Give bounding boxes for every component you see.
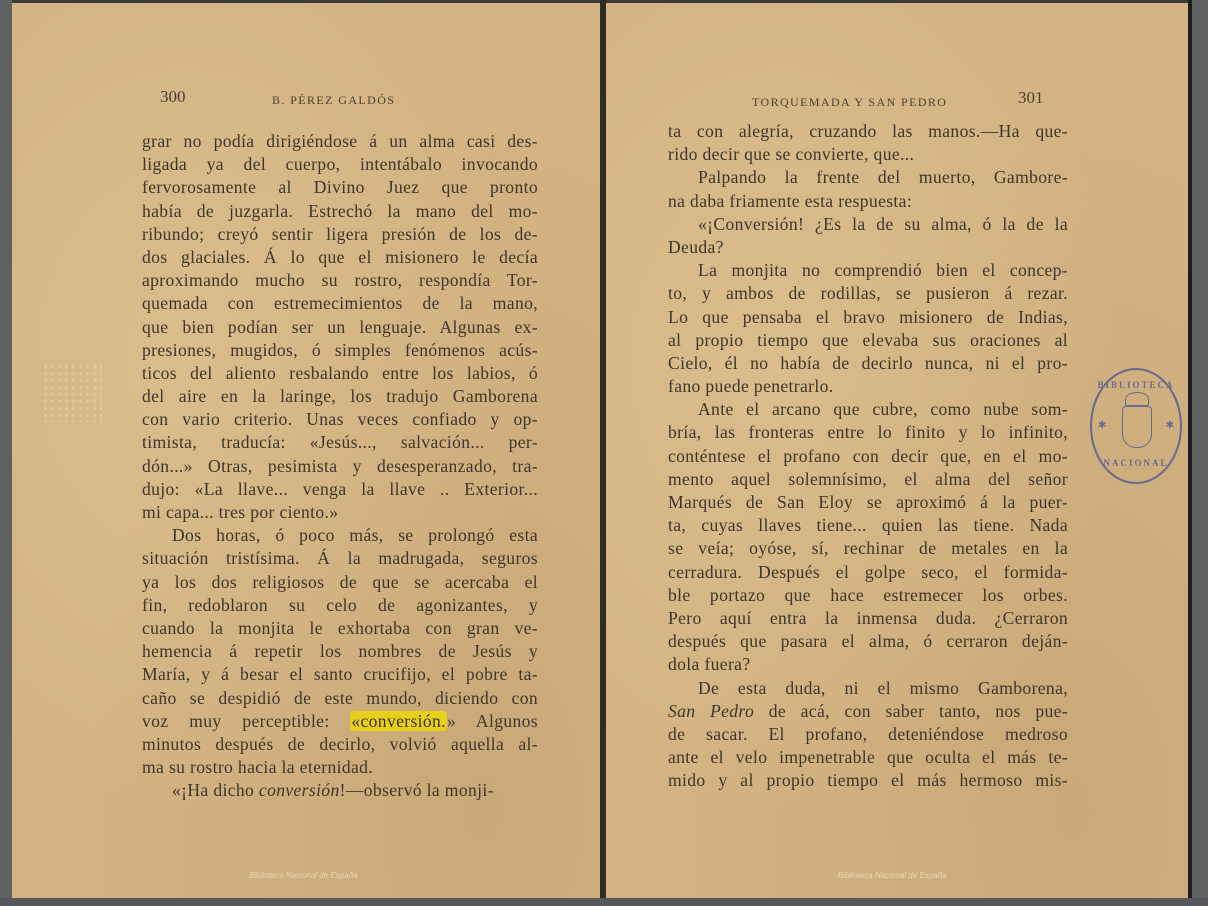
text-line: grar no podía dirigiéndose á un alma cas… (142, 130, 538, 153)
text-segment: voz muy perceptible: (142, 711, 350, 731)
text-line: presiones, mugidos, ó simples fenómenos … (142, 339, 538, 362)
text-line: ticos del aliento resbalando entre los l… (142, 362, 538, 385)
text-line: ble portazo que hace estremecer los orbe… (668, 584, 1068, 607)
text-line: mi capa... tres por ciento.» (142, 501, 538, 524)
stamp-bottom-text: NACIONAL (1092, 458, 1180, 468)
text-line: minutos después de decirlo, volvió aquel… (142, 733, 538, 756)
text-line: con vario criterio. Unas veces confiado … (142, 408, 538, 431)
text-line: bría, las fronteras entre lo finito y lo… (668, 421, 1068, 444)
left-body-text: grar no podía dirigiéndose á un alma cas… (142, 130, 538, 802)
right-page-shadow (1188, 0, 1192, 898)
stamp-top-text: BIBLIOTECA (1092, 380, 1180, 390)
left-page: 300 B. PÉREZ GALDÓS grar no podía dirigi… (12, 3, 600, 898)
text-line: mido y al propio tiempo el más hermoso m… (668, 769, 1068, 792)
right-watermark: Biblioteca Nacional de España (838, 871, 947, 880)
text-line: rido decir que se convierte, que... (668, 143, 1068, 166)
text-line: dos glaciales. Á lo que el misionero le … (142, 246, 538, 269)
left-running-title: B. PÉREZ GALDÓS (272, 93, 395, 108)
text-line: San Pedro de acá, con saber tanto, nos p… (668, 700, 1068, 723)
text-line: fano puede penetrarlo. (668, 375, 1068, 398)
text-line: Deuda? (668, 236, 1068, 259)
right-page-number: 301 (1018, 88, 1044, 108)
paragraph-start-line: De esta duda, ni el mismo Gamborena, (668, 677, 1068, 700)
text-line: Cielo, él no había de decirlo nunca, ni … (668, 352, 1068, 375)
paragraph-start-line: Palpando la frente del muerto, Gambore- (668, 166, 1068, 189)
star-icon: ✱ (1098, 420, 1106, 431)
text-line: hemencia á repetir los nombres de Jesús … (142, 640, 538, 663)
search-highlight[interactable]: «conversión. (350, 711, 447, 731)
text-line: ribundo; creyó sentir ligera presión de … (142, 223, 538, 246)
right-running-title: TORQUEMADA Y SAN PEDRO (752, 95, 947, 110)
text-line: al propio tiempo que elevaba sus oracion… (668, 329, 1068, 352)
text-segment: !—observó la monji- (340, 780, 494, 800)
text-line: María, y á besar el santo crucifijo, el … (142, 663, 538, 686)
paragraph-start-line: La monjita no comprendió bien el concep- (668, 259, 1068, 282)
text-line: conténtese el profano con decir que, en … (668, 445, 1068, 468)
text-line: que bien podían ser un lenguaje. Algunas… (142, 316, 538, 339)
text-line: ya los dos religiosos de que se acercaba… (142, 571, 538, 594)
right-page: TORQUEMADA Y SAN PEDRO 301 ta con alegrí… (606, 3, 1188, 898)
text-line: timista, traducía: «Jesús..., salvación.… (142, 431, 538, 454)
text-line: había de juzgarla. Estrechó la mano del … (142, 200, 538, 223)
text-line: ta con alegría, cruzando las manos.—Ha q… (668, 120, 1068, 143)
right-running-header: TORQUEMADA Y SAN PEDRO 301 (606, 95, 1188, 117)
text-line: se veía; oyóse, sí, rechinar de metales … (668, 537, 1068, 560)
text-line: mento aquel solemnísimo, el alma del señ… (668, 468, 1068, 491)
text-segment: » Algunos (447, 711, 538, 731)
text-line: fervorosamente al Divino Juez que pronto (142, 176, 538, 199)
text-line: ligada ya del cuerpo, intentábalo invoca… (142, 153, 538, 176)
text-line: to, y ambos de rodillas, se pusieron á r… (668, 282, 1068, 305)
text-line: situación tristísima. Á la madrugada, se… (142, 547, 538, 570)
text-line: dón...» Otras, pesimista y desesperanzad… (142, 455, 538, 478)
text-line: dujo: «La llave... venga la llave .. Ext… (142, 478, 538, 501)
text-line: ta, cuyas llaves tiene... quien las tien… (668, 514, 1068, 537)
star-icon: ✱ (1166, 420, 1174, 431)
left-watermark: Biblioteca Nacional de España (249, 871, 358, 880)
text-segment: de acá, con saber tanto, nos pue- (754, 701, 1068, 721)
coat-of-arms-icon (1122, 406, 1152, 448)
text-line: cerradura. Después el golpe seco, el for… (668, 561, 1068, 584)
left-running-header: 300 B. PÉREZ GALDÓS (12, 93, 600, 115)
text-line: caño se despidió de este mundo, diciendo… (142, 687, 538, 710)
text-line: quemada con estremecimientos de la mano, (142, 292, 538, 315)
text-line: na daba friamente esta respuesta: (668, 190, 1068, 213)
text-line: cuando la monjita le exhortaba con gran … (142, 617, 538, 640)
text-line: de sacar. El profano, deteniéndose medro… (668, 723, 1068, 746)
text-segment: «¡Ha dicho (172, 780, 259, 800)
paper-specks (42, 363, 102, 423)
paragraph-start-line: Dos horas, ó poco más, se prolongó esta (142, 524, 538, 547)
left-page-number: 300 (160, 87, 186, 107)
right-body-text: ta con alegría, cruzando las manos.—Ha q… (668, 120, 1068, 792)
text-line: ante el velo impenetrable que oculta el … (668, 746, 1068, 769)
text-line: después que pasara el alma, ó cerraron d… (668, 630, 1068, 653)
text-line: del aire en la laringe, los tradujo Gamb… (142, 385, 538, 408)
text-line: Lo que pensaba el bravo misionero de Ind… (668, 306, 1068, 329)
text-line: fin, redoblaron su celo de agonizantes, … (142, 594, 538, 617)
paragraph-start-line: Ante el arcano que cubre, como nube som- (668, 398, 1068, 421)
paragraph-start-line: «¡Conversión! ¿Es la de su alma, ó la de… (668, 213, 1068, 236)
text-line: Marqués de San Eloy se aproximó á la pue… (668, 491, 1068, 514)
text-line: Pero aquí entra la inmensa duda. ¿Cerrar… (668, 607, 1068, 630)
library-stamp: BIBLIOTECA ✱ ✱ NACIONAL (1090, 368, 1182, 484)
paragraph-start-line: «¡Ha dicho conversión!—observó la monji- (142, 779, 538, 802)
text-line: aproximando mucho su rostro, respondía T… (142, 269, 538, 292)
text-line: ma su rostro hacia la eternidad. (142, 756, 538, 779)
text-line: dola fuera? (668, 653, 1068, 676)
viewer-bottom-bar (0, 898, 1208, 906)
crown-icon (1125, 392, 1149, 406)
italic-text: San Pedro (668, 701, 754, 721)
highlighted-line: voz muy perceptible: «conversión.» Algun… (142, 710, 538, 733)
italic-text: conversión (259, 780, 340, 800)
